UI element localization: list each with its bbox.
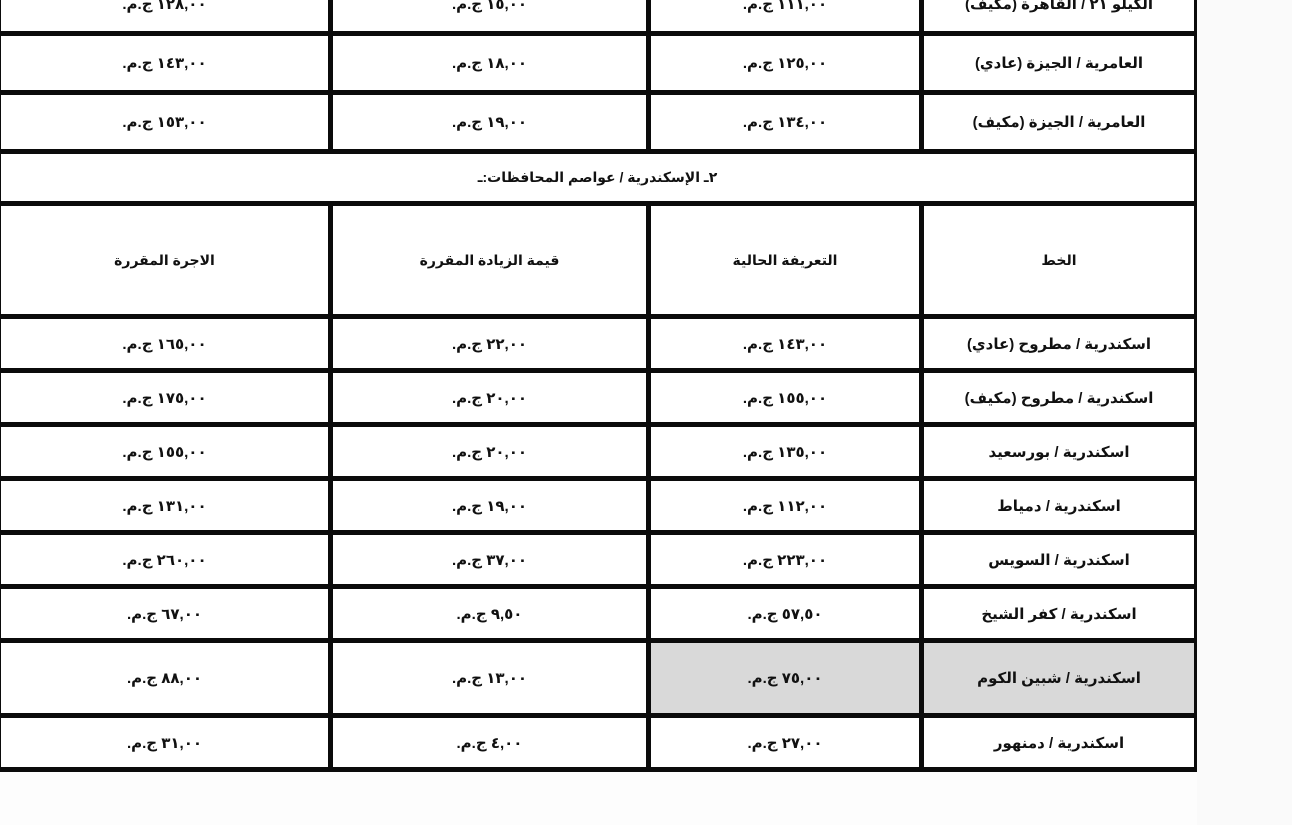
increase-cell: ٤,٠٠ ج.م. (331, 716, 649, 770)
increase-cell: ١٥,٠٠ ج.م. (331, 0, 649, 34)
current-fare-cell: ١٥٥,٠٠ ج.م. (649, 371, 922, 425)
increase-cell: ١٩,٠٠ ج.م. (331, 93, 649, 152)
new-fare-cell: ١٦٥,٠٠ ج.م. (0, 317, 331, 371)
new-fare-cell: ٢٦٠,٠٠ ج.م. (0, 533, 331, 587)
current-fare-cell: ١٣٤,٠٠ ج.م. (649, 93, 922, 152)
header-current-fare: التعريفة الحالية (649, 204, 922, 317)
table-row: الكيلو ٢١ / القاهرة (مكيف) ١١١,٠٠ ج.م. ١… (0, 0, 1197, 34)
increase-cell: ١٨,٠٠ ج.م. (331, 34, 649, 93)
route-cell: العامرية / الجيزة (عادي) (922, 34, 1197, 93)
table-row: اسكندرية / دمنهور ٢٧,٠٠ ج.م. ٤,٠٠ ج.م. ٣… (0, 716, 1197, 770)
table-row-highlighted: اسكندرية / شبين الكوم ٧٥,٠٠ ج.م. ١٣,٠٠ ج… (0, 641, 1197, 716)
route-cell: اسكندرية / كفر الشيخ (922, 587, 1197, 641)
new-fare-cell: ٨٨,٠٠ ج.م. (0, 641, 331, 716)
table-row: اسكندرية / السويس ٢٢٣,٠٠ ج.م. ٣٧,٠٠ ج.م.… (0, 533, 1197, 587)
table-row: العامرية / الجيزة (عادي) ١٢٥,٠٠ ج.م. ١٨,… (0, 34, 1197, 93)
new-fare-cell: ٦٧,٠٠ ج.م. (0, 587, 331, 641)
route-cell: اسكندرية / دمياط (922, 479, 1197, 533)
route-cell: العامرية / الجيزة (مكيف) (922, 93, 1197, 152)
increase-cell: ٩,٥٠ ج.م. (331, 587, 649, 641)
new-fare-cell: ١٧٥,٠٠ ج.م. (0, 371, 331, 425)
increase-cell: ٢٢,٠٠ ج.م. (331, 317, 649, 371)
increase-cell: ١٣,٠٠ ج.م. (331, 641, 649, 716)
increase-cell: ١٩,٠٠ ج.م. (331, 479, 649, 533)
increase-cell: ٣٧,٠٠ ج.م. (331, 533, 649, 587)
table-row: اسكندرية / مطروح (عادي) ١٤٣,٠٠ ج.م. ٢٢,٠… (0, 317, 1197, 371)
current-fare-cell: ١٢٥,٠٠ ج.م. (649, 34, 922, 93)
new-fare-cell: ١٢٨,٠٠ ج.م. (0, 0, 331, 34)
table-row: اسكندرية / كفر الشيخ ٥٧,٥٠ ج.م. ٩,٥٠ ج.م… (0, 587, 1197, 641)
route-cell: اسكندرية / السويس (922, 533, 1197, 587)
new-fare-cell: ١٥٣,٠٠ ج.م. (0, 93, 331, 152)
table-row: اسكندرية / مطروح (مكيف) ١٥٥,٠٠ ج.م. ٢٠,٠… (0, 371, 1197, 425)
page-margin (1197, 0, 1292, 825)
new-fare-cell: ١٤٣,٠٠ ج.م. (0, 34, 331, 93)
table-row: اسكندرية / بورسعيد ١٣٥,٠٠ ج.م. ٢٠,٠٠ ج.م… (0, 425, 1197, 479)
fare-table: الكيلو ٢١ / القاهرة (مكيف) ١١١,٠٠ ج.م. ١… (0, 0, 1199, 772)
route-cell: اسكندرية / بورسعيد (922, 425, 1197, 479)
current-fare-cell: ٧٥,٠٠ ج.م. (649, 641, 922, 716)
route-cell: اسكندرية / دمنهور (922, 716, 1197, 770)
header-new-fare: الاجرة المقررة (0, 204, 331, 317)
new-fare-cell: ٣١,٠٠ ج.م. (0, 716, 331, 770)
route-cell: اسكندرية / مطروح (عادي) (922, 317, 1197, 371)
new-fare-cell: ١٥٥,٠٠ ج.م. (0, 425, 331, 479)
table-row: اسكندرية / دمياط ١١٢,٠٠ ج.م. ١٩,٠٠ ج.م. … (0, 479, 1197, 533)
section-title-row: ٢ـ الإسكندرية / عواصم المحافظات:ـ (0, 152, 1197, 204)
route-cell: الكيلو ٢١ / القاهرة (مكيف) (922, 0, 1197, 34)
current-fare-cell: ١١١,٠٠ ج.م. (649, 0, 922, 34)
section-title: ٢ـ الإسكندرية / عواصم المحافظات:ـ (0, 152, 1197, 204)
new-fare-cell: ١٣١,٠٠ ج.م. (0, 479, 331, 533)
current-fare-cell: ٢٧,٠٠ ج.م. (649, 716, 922, 770)
current-fare-cell: ١٤٣,٠٠ ج.م. (649, 317, 922, 371)
current-fare-cell: ١٣٥,٠٠ ج.م. (649, 425, 922, 479)
current-fare-cell: ٢٢٣,٠٠ ج.م. (649, 533, 922, 587)
route-cell: اسكندرية / مطروح (مكيف) (922, 371, 1197, 425)
table-header-row: الخط التعريفة الحالية قيمة الزيادة المقر… (0, 204, 1197, 317)
header-increase: قيمة الزيادة المقررة (331, 204, 649, 317)
fare-table-sheet: الكيلو ٢١ / القاهرة (مكيف) ١١١,٠٠ ج.م. ١… (0, 0, 1196, 772)
current-fare-cell: ٥٧,٥٠ ج.م. (649, 587, 922, 641)
table-row: العامرية / الجيزة (مكيف) ١٣٤,٠٠ ج.م. ١٩,… (0, 93, 1197, 152)
current-fare-cell: ١١٢,٠٠ ج.م. (649, 479, 922, 533)
increase-cell: ٢٠,٠٠ ج.م. (331, 371, 649, 425)
route-cell: اسكندرية / شبين الكوم (922, 641, 1197, 716)
increase-cell: ٢٠,٠٠ ج.م. (331, 425, 649, 479)
header-route: الخط (922, 204, 1197, 317)
